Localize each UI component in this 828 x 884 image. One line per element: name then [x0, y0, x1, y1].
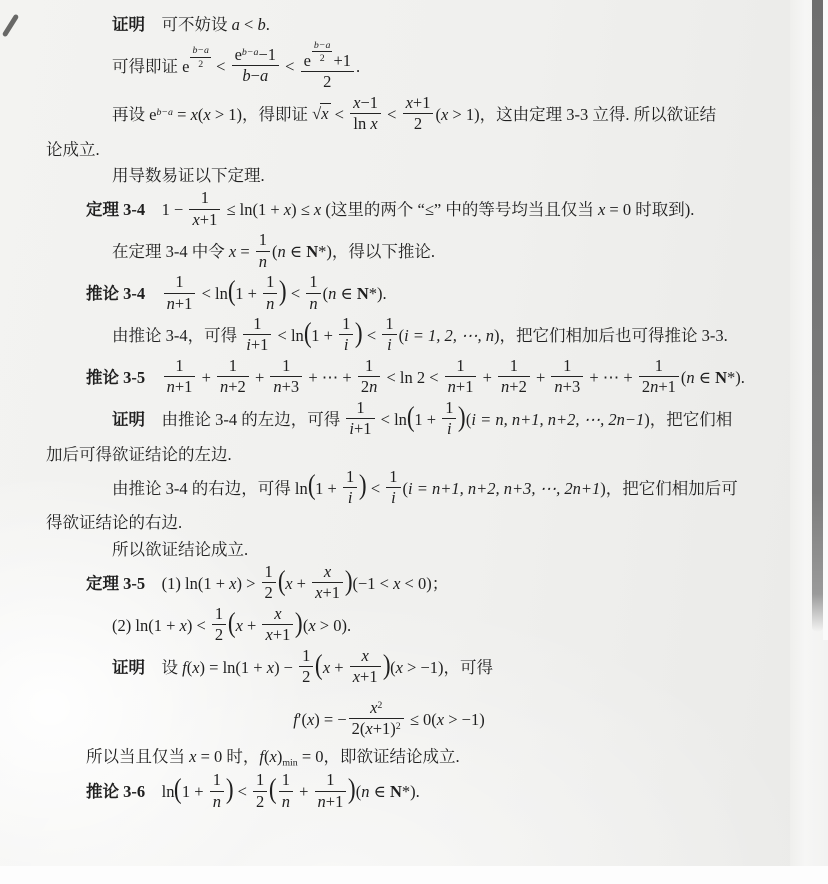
math-fraction: 1n+1: [164, 357, 196, 397]
math-fraction: 1x+1: [189, 189, 220, 229]
text-run: +1: [456, 377, 474, 396]
fraction-denominator: i+1: [243, 335, 271, 354]
document-line-10: 推论 3-5 1n+1 + 1n+2 + 1n+3 + ⋯ + 12n < ln…: [0, 359, 792, 399]
text-run: 1: [563, 356, 571, 375]
big-paren: ): [295, 610, 303, 638]
text-run: 1: [510, 356, 518, 375]
page-content: 证明 可不妨设 a < b.可得即证 eb−a2 < eb−a−1b−a < e…: [0, 0, 792, 815]
math-fraction: 1n: [279, 771, 293, 811]
math-variable: n: [273, 377, 281, 396]
math-variable: x: [180, 616, 187, 635]
text-run: 1: [282, 770, 290, 789]
text-run: 1: [215, 604, 223, 623]
text-run: <: [383, 104, 401, 123]
fraction-denominator: n+1: [164, 294, 196, 313]
bold-label: 推论 3-6: [86, 782, 145, 801]
text-run: min: [282, 757, 297, 768]
math-fraction: b−a2: [190, 45, 211, 69]
fraction-numerator: 1: [306, 273, 320, 293]
text-run: 2: [642, 377, 650, 396]
math-variable: i = 1, 2, ⋯, n: [404, 326, 494, 345]
fraction-denominator: n+2: [217, 377, 249, 396]
math-fraction: xx+1: [350, 647, 381, 687]
math-fraction: x22(x+1)2: [349, 699, 404, 739]
text-run: 所以欲证结论成立.: [112, 540, 248, 559]
math-variable: x: [396, 658, 403, 677]
text-run: 可得即证 e: [112, 57, 189, 76]
fraction-numerator: 1: [299, 647, 313, 667]
scanned-textbook-page: 证明 可不妨设 a < b.可得即证 eb−a2 < eb−a−1b−a < e…: [0, 0, 828, 884]
fraction-numerator: 1: [339, 315, 353, 335]
math-variable: x: [192, 210, 199, 229]
text-run: ln: [353, 114, 370, 133]
math-variable: x: [265, 625, 272, 644]
fraction-denominator: n: [256, 252, 270, 271]
fraction-denominator: n+1: [164, 377, 196, 396]
sqrt-radical: √x: [312, 104, 330, 123]
text-run: ) = −: [314, 710, 346, 729]
text-run: + ⋯ +: [585, 368, 637, 387]
math-variable: n: [259, 252, 267, 271]
document-line-4: 论成立.: [0, 138, 792, 163]
math-fraction: xx+1: [262, 605, 293, 645]
fraction-denominator: 2: [312, 52, 333, 64]
document-line-6: 定理 3-4 1 − 1x+1 ≤ ln(1 + x) ≤ x (这里的两个 “…: [0, 191, 792, 231]
text-run: +2: [228, 377, 246, 396]
fraction-denominator: x+1: [312, 583, 343, 602]
text-run: +1: [175, 294, 193, 313]
fraction-denominator: 2n: [358, 377, 381, 396]
text-run: 1: [175, 272, 183, 291]
document-line-1: 证明 可不妨设 a < b.: [0, 13, 792, 38]
text-run: <: [331, 104, 349, 123]
text-run: 1 +: [315, 478, 341, 497]
big-paren: ): [359, 472, 367, 500]
math-variable: b−a: [156, 107, 173, 118]
text-run: 2: [361, 377, 369, 396]
math-variable: n: [554, 377, 562, 396]
text-run: 论成立.: [46, 140, 100, 159]
text-run: .: [356, 57, 360, 76]
document-line-11: 证明 由推论 3-4 的左边，可得 1i+1 < ln(1 + 1i)(i = …: [0, 401, 792, 441]
text-run: 1: [259, 230, 267, 249]
text-run: ) = ln(1 +: [200, 658, 267, 677]
math-fraction: 1n: [263, 273, 277, 313]
math-fraction: 1n+3: [551, 357, 583, 397]
text-run: )，把它们相: [644, 410, 732, 429]
text-run: = 0，即欲证结论成立.: [298, 747, 460, 766]
text-run: 1: [213, 770, 221, 789]
text-run: ∈: [286, 242, 306, 261]
math-fraction: 12: [262, 563, 276, 603]
text-run: 加后可得欲证结论的左边.: [46, 445, 232, 464]
fraction-numerator: x: [312, 563, 343, 583]
math-variable: b: [257, 15, 265, 34]
text-run: 1: [201, 188, 209, 207]
text-run: = 0 时取到).: [605, 200, 694, 219]
fraction-denominator: 2: [301, 72, 354, 91]
text-run: 得欲证结论的右边.: [46, 513, 182, 532]
text-run: 2: [396, 721, 401, 732]
bold-label: 证明: [112, 658, 145, 677]
text-run: +1: [354, 419, 372, 438]
book-edge-shadow: [812, 0, 823, 632]
fraction-numerator: b−a: [190, 45, 211, 57]
text-run: < ln: [273, 326, 303, 345]
text-run: <: [363, 326, 381, 345]
math-fraction: 1n: [306, 273, 320, 313]
text-run: +1: [360, 667, 378, 686]
text-run: +3: [282, 377, 300, 396]
text-run: +: [478, 368, 496, 387]
math-fraction: x+12: [403, 94, 434, 134]
document-line-3: 再设 eb−a = x(x > 1)，得即证 √x < x−1ln x < x+…: [0, 96, 792, 136]
text-run: = 0 时，: [196, 747, 259, 766]
math-variable: n: [282, 792, 290, 811]
math-variable: i = n+1, n+2, n+3, ⋯, 2n+1: [408, 478, 600, 497]
math-fraction: 1n+2: [217, 357, 249, 397]
math-variable: n: [167, 294, 175, 313]
text-run: 2: [256, 792, 264, 811]
text-run: ≤ ln(1 +: [222, 200, 283, 219]
text-run: *)，得以下推论.: [318, 242, 435, 261]
fraction-numerator: 1: [270, 357, 302, 377]
math-fraction: 1i: [343, 468, 357, 508]
text-run: +: [330, 658, 348, 677]
fraction-numerator: 1: [358, 357, 381, 377]
superscript: b−a2: [189, 59, 212, 70]
text-run: +1: [251, 335, 269, 354]
bold-label: N: [715, 368, 727, 387]
fraction-numerator: 1: [256, 231, 270, 251]
fraction-denominator: i: [442, 419, 456, 438]
document-line-16: 定理 3-5 (1) ln(1 + x) > 12(x + xx+1)(−1 <…: [0, 565, 792, 605]
math-fraction: 1i: [382, 315, 396, 355]
math-variable: x: [285, 574, 292, 593]
text-run: 由推论 3-4 的左边，可得: [145, 410, 344, 429]
text-run: 1: [456, 356, 464, 375]
fraction-denominator: i+1: [346, 419, 374, 438]
text-run: <: [240, 15, 258, 34]
math-variable: i: [387, 335, 392, 354]
math-fraction: 1n+1: [315, 771, 347, 811]
text-run: 2: [323, 72, 331, 91]
text-run: > −1)，可得: [403, 658, 493, 677]
text-run: 1: [256, 770, 264, 789]
math-variable: x: [324, 562, 331, 581]
text-run: +2: [509, 377, 527, 396]
math-variable: x: [267, 658, 274, 677]
big-paren: ): [382, 652, 390, 680]
text-run: ) <: [187, 616, 210, 635]
text-run: < ln 2 <: [382, 368, 442, 387]
text-run: +1: [326, 792, 344, 811]
math-fraction: 1i: [442, 399, 456, 439]
text-run: 用导数易证以下定理.: [112, 166, 265, 185]
big-paren: (: [278, 568, 286, 596]
text-run: 2: [414, 114, 422, 133]
text-run: +: [251, 368, 269, 387]
document-line-13: 由推论 3-4 的右边，可得 ln(1 + 1i) < 1i(i = n+1, …: [0, 470, 792, 510]
fraction-denominator: 2: [212, 625, 226, 644]
big-paren: (: [228, 610, 236, 638]
text-run: 所以当且仅当: [86, 747, 189, 766]
math-variable: n: [369, 377, 377, 396]
text-run: ≤ 0(: [406, 710, 437, 729]
text-run: 1: [266, 272, 274, 291]
subscript: min: [282, 757, 297, 768]
text-run: +: [197, 368, 215, 387]
math-variable: n: [318, 792, 326, 811]
superscript: 2: [377, 700, 382, 711]
big-paren: ): [348, 776, 356, 804]
text-run: *).: [369, 284, 387, 303]
text-run: ∈: [695, 368, 715, 387]
text-run: 1: [445, 398, 453, 417]
text-run: 2: [215, 625, 223, 644]
math-variable: x: [203, 104, 210, 123]
fraction-numerator: 1: [243, 315, 271, 335]
text-run: e: [304, 51, 311, 70]
fraction-numerator: 1: [386, 468, 400, 488]
document-line-2: 可得即证 eb−a2 < eb−a−1b−a < eb−a2+12.: [0, 42, 792, 94]
fraction-denominator: ln x: [350, 114, 381, 133]
fraction-denominator: x+1: [262, 625, 293, 644]
text-run: .: [266, 15, 270, 34]
text-run: 在定理 3-4 中令: [112, 242, 229, 261]
page-right-white-sliver: [823, 0, 828, 640]
big-paren: ): [226, 776, 234, 804]
big-paren: ): [458, 404, 466, 432]
fraction-denominator: x+1: [189, 210, 220, 229]
text-run: 1: [229, 356, 237, 375]
text-run: (−1 <: [352, 574, 393, 593]
text-run: 1: [655, 356, 663, 375]
text-run: 1: [385, 314, 393, 333]
math-fraction: 1n+2: [498, 357, 530, 397]
document-line-14: 得欲证结论的右边.: [0, 511, 792, 536]
text-run: 1 +: [414, 410, 440, 429]
fraction-denominator: i: [386, 488, 400, 507]
fraction-numerator: 1: [164, 273, 196, 293]
bold-label: 证明: [112, 410, 145, 429]
fraction-numerator: 1: [253, 771, 267, 791]
big-paren: (: [269, 776, 277, 804]
document-line-15: 所以欲证结论成立.: [0, 538, 792, 563]
text-run: 1: [253, 314, 261, 333]
fraction-denominator: 2: [253, 792, 267, 811]
math-fraction: 12n: [358, 357, 381, 397]
math-variable: i: [348, 488, 353, 507]
text-run: > 1)，得即证: [211, 104, 312, 123]
fraction-denominator: 2n+1: [639, 377, 679, 396]
math-variable: x: [284, 200, 291, 219]
text-run: 1 −: [145, 200, 187, 219]
big-paren: (: [228, 278, 236, 306]
math-fraction: b−a2: [312, 40, 333, 64]
math-variable: x: [269, 747, 276, 766]
fraction-denominator: 2: [403, 114, 434, 133]
fraction-denominator: i: [339, 335, 353, 354]
math-fraction: 12: [212, 605, 226, 645]
document-line-18: 证明 设 f(x) = ln(1 + x) − 12(x + xx+1)(x >…: [0, 649, 792, 689]
text-run: +: [293, 574, 311, 593]
text-run: ln: [145, 782, 174, 801]
bold-label: 定理 3-4: [86, 200, 145, 219]
math-fraction: 1n: [256, 231, 270, 271]
text-run: 1: [365, 356, 373, 375]
text-run: +1: [658, 377, 676, 396]
text-run: *).: [727, 368, 745, 387]
superscript: b−a: [242, 47, 259, 58]
fraction-denominator: n+3: [551, 377, 583, 396]
big-paren: ): [355, 320, 363, 348]
math-fraction: eb−a−1b−a: [232, 46, 279, 86]
fraction-numerator: 1: [343, 468, 357, 488]
text-run: +3: [563, 377, 581, 396]
fraction-denominator: n+1: [445, 377, 477, 396]
math-variable: b−a: [314, 40, 331, 51]
bold-label: 推论 3-5: [86, 368, 145, 387]
fraction-denominator: x+1: [350, 667, 381, 686]
fraction-denominator: i: [343, 488, 357, 507]
math-fraction: 1n+1: [164, 273, 196, 313]
text-run: > 1)，这由定理 3-3 立得. 所以欲证结: [448, 104, 716, 123]
text-run: +1): [373, 719, 396, 738]
text-run: +: [243, 616, 261, 635]
text-run: + ⋯ +: [304, 368, 356, 387]
text-run: <: [287, 284, 305, 303]
fraction-numerator: 1: [189, 189, 220, 209]
document-line-12: 加后可得欲证结论的左边.: [0, 443, 792, 468]
text-run: 1: [175, 356, 183, 375]
text-run: 2: [377, 700, 382, 711]
math-variable: x: [191, 104, 198, 123]
fraction-denominator: b−a: [232, 66, 279, 85]
fraction-numerator: 1: [262, 563, 276, 583]
bold-label: N: [390, 782, 402, 801]
fraction-numerator: 1: [382, 315, 396, 335]
text-run: +1: [413, 93, 431, 112]
big-paren: (: [308, 472, 316, 500]
text-run: =: [236, 242, 254, 261]
fraction-numerator: 1: [445, 357, 477, 377]
math-variable: x: [365, 719, 372, 738]
document-line-19: f′(x) = −x22(x+1)2 ≤ 0(x > −1): [0, 701, 792, 741]
text-run: 1 +: [235, 284, 261, 303]
text-run: −1: [360, 93, 378, 112]
text-run: ′(: [298, 710, 307, 729]
text-run: ∈: [336, 284, 356, 303]
text-run: 1: [265, 562, 273, 581]
fraction-numerator: eb−a−1: [232, 46, 279, 66]
math-variable: i: [447, 419, 452, 438]
text-run: )，把它们相加后可: [600, 478, 738, 497]
fraction-numerator: x−1: [350, 94, 381, 114]
text-run: ) >: [236, 574, 259, 593]
math-fraction: 1n+3: [270, 357, 302, 397]
text-run: > 0).: [316, 616, 351, 635]
text-run: 2(: [352, 719, 366, 738]
fraction-denominator: n: [279, 792, 293, 811]
text-run: 1 +: [182, 782, 208, 801]
text-run: > −1): [444, 710, 485, 729]
math-variable: i: [344, 335, 349, 354]
superscript: b−a: [156, 107, 173, 118]
fraction-denominator: i: [382, 335, 396, 354]
document-line-9: 由推论 3-4，可得 1i+1 < ln(1 + 1i) < 1i(i = 1,…: [0, 317, 792, 357]
math-variable: x: [370, 114, 377, 133]
math-fraction: 12: [253, 771, 267, 811]
math-variable: b: [242, 66, 250, 85]
fraction-denominator: n+3: [270, 377, 302, 396]
text-run: 由推论 3-4，可得: [112, 326, 241, 345]
text-run: ) ≤: [291, 200, 314, 219]
text-run: <: [212, 57, 230, 76]
math-variable: n: [448, 377, 456, 396]
text-run: [145, 368, 162, 387]
bold-label: 定理 3-5: [86, 574, 145, 593]
text-run: <: [233, 782, 251, 801]
math-variable: x: [192, 658, 199, 677]
text-run: −1: [258, 45, 276, 64]
fraction-denominator: n+1: [315, 792, 347, 811]
radicand: x: [320, 103, 330, 123]
document-line-20: 所以当且仅当 x = 0 时，f(x)min = 0，即欲证结论成立.: [0, 745, 792, 771]
text-run: *).: [402, 782, 420, 801]
math-variable: n: [309, 294, 317, 313]
math-fraction: 1i: [386, 468, 400, 508]
document-line-7: 在定理 3-4 中令 x = 1n(n ∈ N*)，得以下推论.: [0, 233, 792, 273]
fraction-denominator: 2: [262, 583, 276, 602]
text-run: +1: [333, 51, 351, 70]
fraction-numerator: 1: [263, 273, 277, 293]
big-paren: (: [174, 776, 182, 804]
math-variable: n: [361, 782, 369, 801]
text-run: +: [295, 782, 313, 801]
big-paren: ): [279, 278, 287, 306]
page-bottom-edge: [0, 866, 828, 884]
bold-label: 证明: [112, 15, 145, 34]
math-variable: x: [236, 616, 243, 635]
text-run: +1: [200, 210, 218, 229]
math-variable: x: [362, 646, 369, 665]
big-paren: (: [304, 320, 312, 348]
text-run: 1: [282, 356, 290, 375]
text-run: 1 +: [311, 326, 337, 345]
fraction-numerator: 1: [551, 357, 583, 377]
fraction-numerator: eb−a2+1: [301, 40, 354, 73]
math-variable: x: [321, 104, 328, 123]
math-variable: n: [167, 377, 175, 396]
text-run: (2) ln(1 +: [112, 616, 180, 635]
document-line-17: (2) ln(1 + x) < 12(x + xx+1)(x > 0).: [0, 607, 792, 647]
fraction-numerator: 1: [442, 399, 456, 419]
fraction-numerator: 1: [279, 771, 293, 791]
math-variable: x: [406, 93, 413, 112]
big-paren: (: [315, 652, 323, 680]
text-run: e: [235, 45, 242, 64]
document-line-5: 用导数易证以下定理.: [0, 164, 792, 189]
big-paren: (: [407, 404, 415, 432]
math-fraction: 1i+1: [243, 315, 271, 355]
math-variable: i = n, n+1, n+2, ⋯, 2n−1: [471, 410, 644, 429]
math-variable: n: [220, 377, 228, 396]
document-line-8: 推论 3-4 1n+1 < ln(1 + 1n) < 1n(n ∈ N*).: [0, 275, 792, 315]
text-run: [145, 284, 162, 303]
fraction-numerator: x+1: [403, 94, 434, 114]
fraction-denominator: n: [306, 294, 320, 313]
